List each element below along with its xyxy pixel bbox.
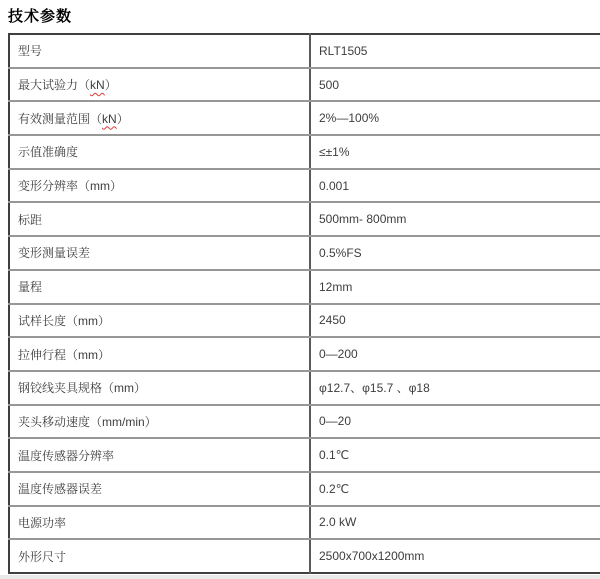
spec-value-cell: 0.5%FS xyxy=(310,236,600,270)
table-row: 最大试验力（kN） 500 xyxy=(9,68,600,102)
spec-value-cell: 0.1℃ xyxy=(310,438,600,472)
spec-value-cell: 2500x700x1200mm xyxy=(310,539,600,573)
spec-label-text: 温度传感器分辨率 xyxy=(18,449,114,463)
spec-label-cell: 钢铰线夹具规格（mm） xyxy=(9,371,310,405)
table-row: 夹头移动速度（mm/min） 0—20 xyxy=(9,405,600,439)
spec-value-text: 0—200 xyxy=(319,347,358,361)
spec-value-text: 0.1℃ xyxy=(319,448,349,462)
spec-value-text: 2%—100% xyxy=(319,111,379,125)
spec-label-cell: 型号 xyxy=(9,34,310,68)
spec-value-cell: 500 xyxy=(310,68,600,102)
table-row: 电源功率 2.0 kW xyxy=(9,506,600,540)
spec-label-cell: 有效测量范围（kN） xyxy=(9,101,310,135)
spec-value-text: ≤±1% xyxy=(319,145,350,159)
spec-value-text: 2500x700x1200mm xyxy=(319,549,424,563)
spec-label-cell: 变形分辨率（mm） xyxy=(9,169,310,203)
table-row: 外形尺寸 2500x700x1200mm xyxy=(9,539,600,573)
spec-value-cell: 2450 xyxy=(310,304,600,338)
spec-label-cell: 电源功率 xyxy=(9,506,310,540)
table-row: 温度传感器误差 0.2℃ xyxy=(9,472,600,506)
spec-table-body: 型号 RLT1505 最大试验力（kN） 500 有效测量范围（kN） 2%—1… xyxy=(9,34,600,573)
spec-label-misspelled-unit: kN xyxy=(90,78,105,92)
spec-value-text: 2450 xyxy=(319,313,346,327)
spec-label-text: 变形测量误差 xyxy=(18,246,90,260)
spec-label-cell: 温度传感器误差 xyxy=(9,472,310,506)
spec-value-cell: 2.0 kW xyxy=(310,506,600,540)
spec-value-cell: 0.2℃ xyxy=(310,472,600,506)
table-row: 标距 500mm- 800mm xyxy=(9,202,600,236)
spec-value-cell: 2%—100% xyxy=(310,101,600,135)
spec-label-text: 有效测量范围（ xyxy=(18,112,102,126)
spec-label-cell: 示值准确度 xyxy=(9,135,310,169)
table-row: 变形分辨率（mm） 0.001 xyxy=(9,169,600,203)
spec-label-cell: 试样长度（mm） xyxy=(9,304,310,338)
spec-value-text: 0.5%FS xyxy=(319,246,362,260)
spec-value-cell: 12mm xyxy=(310,270,600,304)
spec-label-text: 拉伸行程（mm） xyxy=(18,348,110,362)
page: 技术参数 型号 RLT1505 最大试验力（kN） 500 有效测量范围（kN）… xyxy=(0,0,600,579)
spec-label-text: 型号 xyxy=(18,44,42,58)
table-row: 型号 RLT1505 xyxy=(9,34,600,68)
spec-label-cell: 标距 xyxy=(9,202,310,236)
spec-label-cell: 外形尺寸 xyxy=(9,539,310,573)
spec-value-text: 0.2℃ xyxy=(319,482,349,496)
table-row: 变形测量误差 0.5%FS xyxy=(9,236,600,270)
spec-label-closing: ） xyxy=(117,112,129,126)
table-row: 试样长度（mm） 2450 xyxy=(9,304,600,338)
page-title: 技术参数 xyxy=(0,0,600,33)
spec-label-cell: 最大试验力（kN） xyxy=(9,68,310,102)
spec-label-text: 试样长度（mm） xyxy=(18,314,110,328)
spec-table: 型号 RLT1505 最大试验力（kN） 500 有效测量范围（kN） 2%—1… xyxy=(8,33,600,574)
table-row: 示值准确度 ≤±1% xyxy=(9,135,600,169)
spec-value-text: 500 xyxy=(319,78,339,92)
spec-value-text: 2.0 kW xyxy=(319,515,356,529)
bottom-scrollbar-track xyxy=(0,575,600,579)
spec-value-cell: 0—20 xyxy=(310,405,600,439)
table-row: 温度传感器分辨率 0.1℃ xyxy=(9,438,600,472)
spec-value-cell: 0—200 xyxy=(310,337,600,371)
spec-label-text: 最大试验力（ xyxy=(18,78,90,92)
spec-label-text: 标距 xyxy=(18,213,42,227)
spec-value-cell: 500mm- 800mm xyxy=(310,202,600,236)
spec-label-text: 量程 xyxy=(18,280,42,294)
table-row: 量程 12mm xyxy=(9,270,600,304)
spec-value-text: 0.001 xyxy=(319,179,349,193)
spec-label-cell: 夹头移动速度（mm/min） xyxy=(9,405,310,439)
spec-label-text: 变形分辨率（mm） xyxy=(18,179,122,193)
spec-label-text: 钢铰线夹具规格（mm） xyxy=(18,381,146,395)
spec-value-cell: ≤±1% xyxy=(310,135,600,169)
spec-label-closing: ） xyxy=(105,78,117,92)
spec-label-text: 夹头移动速度（mm/min） xyxy=(18,415,157,429)
spec-label-text: 电源功率 xyxy=(18,516,66,530)
spec-value-cell: 0.001 xyxy=(310,169,600,203)
table-row: 有效测量范围（kN） 2%—100% xyxy=(9,101,600,135)
spec-value-text: RLT1505 xyxy=(319,44,367,58)
table-row: 拉伸行程（mm） 0—200 xyxy=(9,337,600,371)
spec-label-cell: 变形测量误差 xyxy=(9,236,310,270)
spec-value-cell: φ12.7、φ15.7 、φ18 xyxy=(310,371,600,405)
spec-value-text: φ12.7、φ15.7 、φ18 xyxy=(319,381,430,395)
spec-value-text: 500mm- 800mm xyxy=(319,212,406,226)
spec-value-cell: RLT1505 xyxy=(310,34,600,68)
spec-label-cell: 温度传感器分辨率 xyxy=(9,438,310,472)
spec-label-text: 外形尺寸 xyxy=(18,550,66,564)
spec-label-cell: 量程 xyxy=(9,270,310,304)
spec-value-text: 12mm xyxy=(319,280,352,294)
spec-label-cell: 拉伸行程（mm） xyxy=(9,337,310,371)
table-row: 钢铰线夹具规格（mm） φ12.7、φ15.7 、φ18 xyxy=(9,371,600,405)
spec-label-misspelled-unit: kN xyxy=(102,112,117,126)
spec-label-text: 温度传感器误差 xyxy=(18,482,102,496)
spec-label-text: 示值准确度 xyxy=(18,145,78,159)
spec-value-text: 0—20 xyxy=(319,414,351,428)
